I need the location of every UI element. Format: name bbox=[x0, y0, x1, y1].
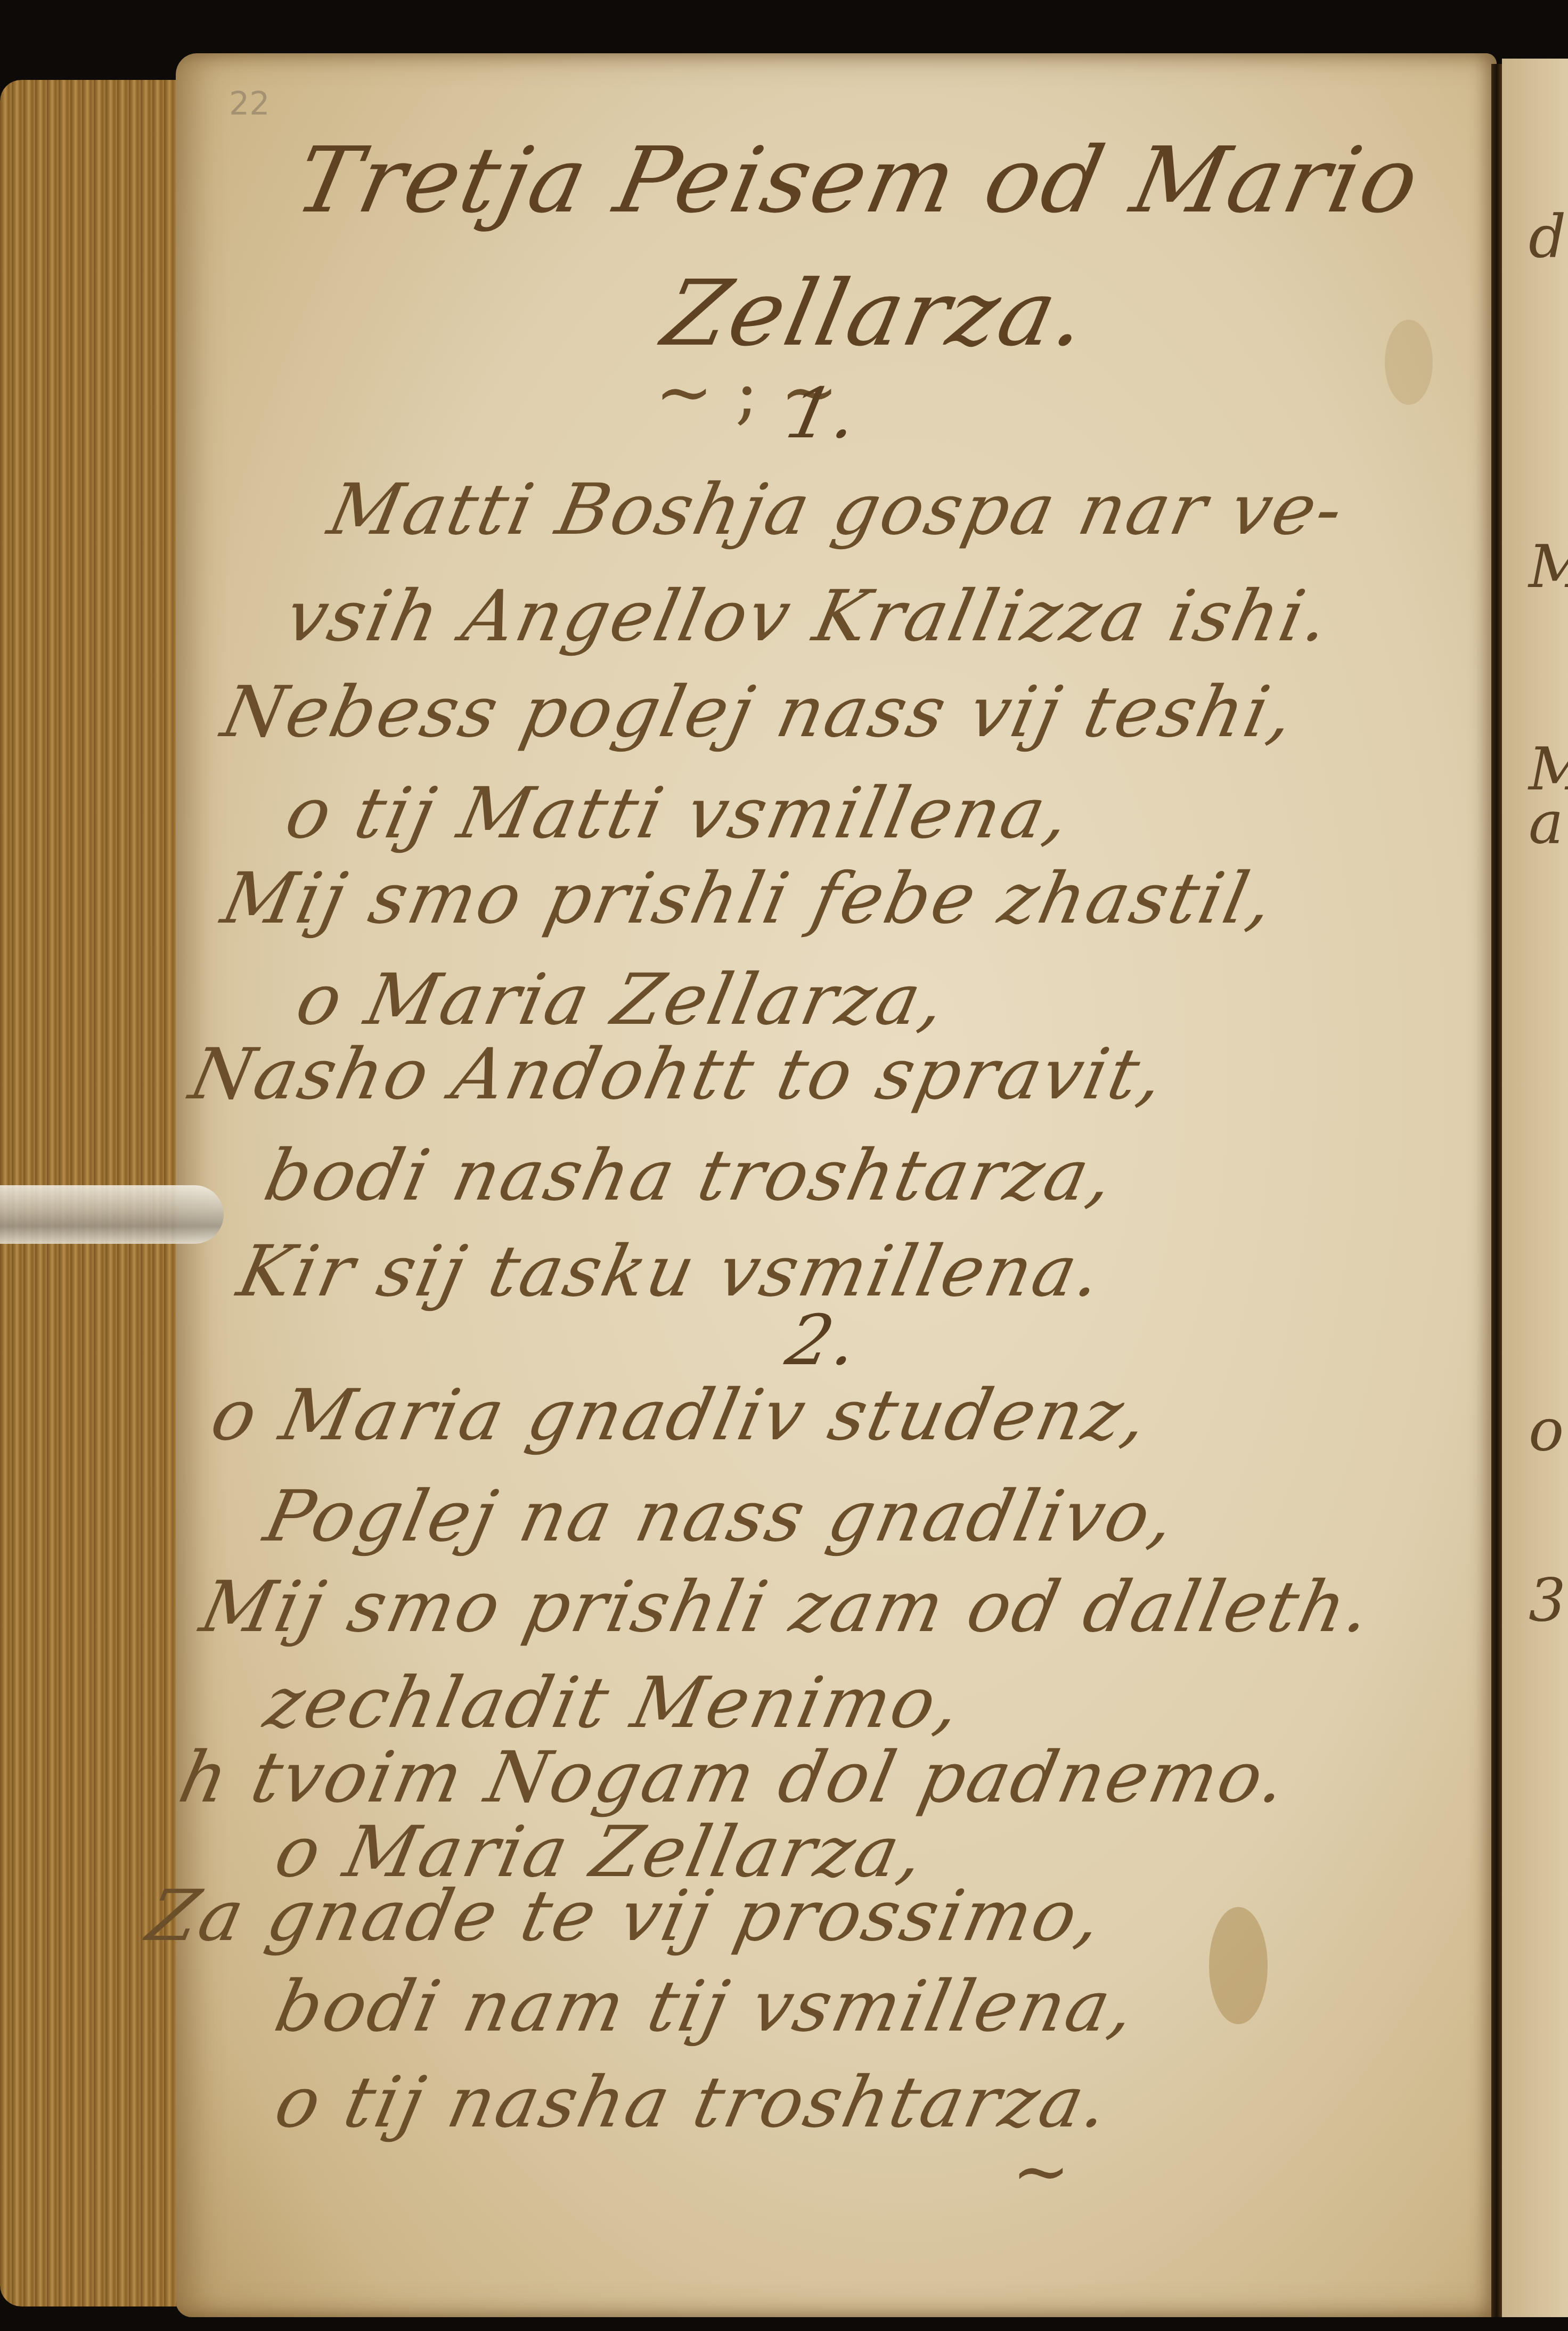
book-gutter bbox=[1491, 64, 1502, 2317]
facing-page bbox=[1502, 59, 1568, 2317]
verse-line: Nasho Andohtt to spravit, bbox=[183, 1033, 1173, 1115]
facing-page-fragment: o bbox=[1529, 1396, 1564, 1464]
facing-page-fragment: M bbox=[1529, 533, 1568, 601]
verse-line: o tij nasha troshtarza. bbox=[268, 2061, 1118, 2143]
title-line-1: Tretja Peisem od Mario bbox=[287, 128, 1430, 233]
verse-line: Kir sij tasku vsmillena. bbox=[231, 1230, 1111, 1313]
page-number: 22 bbox=[229, 85, 269, 123]
facing-page-fragment: d bbox=[1529, 202, 1566, 271]
paper-stain bbox=[1385, 320, 1433, 405]
plastic-page-tab bbox=[0, 1185, 224, 1244]
title-line-2: Zellarza. bbox=[655, 261, 1098, 366]
verse-line: h tvoim Nogam dol padnemo. bbox=[173, 1737, 1296, 1819]
verse-line: vsih Angellov Krallizza ishi. bbox=[279, 575, 1339, 657]
verse-line: o tij Matti vsmillena, bbox=[279, 772, 1079, 854]
verse-line: Mij smo prishli zam od dalleth. bbox=[194, 1566, 1380, 1648]
verse-line: Mij smo prishli febe zhastil, bbox=[215, 858, 1283, 940]
verse-line: Matti Boshja gospa nar ve- bbox=[322, 469, 1352, 551]
verse-line: zechladit Menimo, bbox=[258, 1662, 970, 1744]
verse-line: o Maria gnadliv studenz, bbox=[205, 1374, 1157, 1456]
facing-page-fragment: 3 bbox=[1529, 1566, 1566, 1634]
verse-line: Nebess poglej nass vij teshi, bbox=[215, 671, 1303, 753]
verse-line: bodi nasha troshtarza, bbox=[258, 1135, 1123, 1217]
ink-stain bbox=[1209, 1907, 1268, 2024]
verse-line: o Maria Zellarza, bbox=[290, 959, 954, 1041]
verse-line: Za gnade te vij prossimo, bbox=[141, 1875, 1111, 1957]
verse-line: bodi nam tij vsmillena, bbox=[268, 1966, 1144, 2048]
facing-page-fragment: a bbox=[1529, 788, 1564, 857]
closing-flourish: ~ bbox=[1012, 2131, 1070, 2212]
verse-line: Poglej na nass gnadlivo, bbox=[258, 1476, 1184, 1558]
